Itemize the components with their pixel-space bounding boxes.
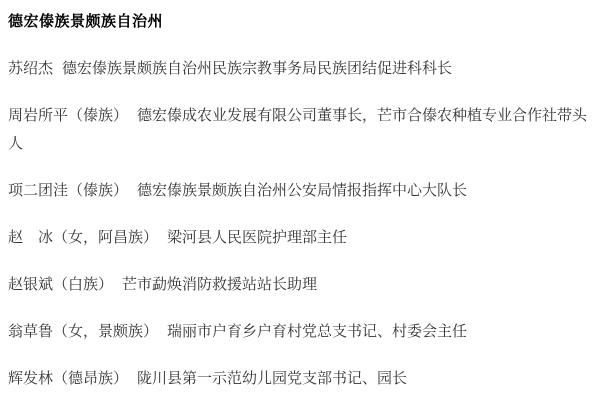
list-item: 翁草鲁（女，景颇族）瑞丽市户育乡户育村党总支书记、村委会主任 <box>8 318 595 346</box>
person-name: 苏绍杰 <box>8 60 53 77</box>
person-name: 赵 冰（女，阿昌族） <box>8 229 158 246</box>
person-position: 陇川县第一示范幼儿园党支部书记、园长 <box>137 370 407 387</box>
section-title: 德宏傣族景颇族自治州 <box>8 8 595 36</box>
person-position: 梁河县人民医院护理部主任 <box>167 229 347 246</box>
person-position: 德宏傣族景颇族自治州公安局情报指挥中心大队长 <box>137 182 467 199</box>
list-item: 赵银斌（白族）芒市勐焕消防救援站站长助理 <box>8 271 595 299</box>
person-name: 辉发林（德昂族） <box>8 370 128 387</box>
person-name: 周岩所平（傣族） <box>8 107 128 124</box>
list-item: 项二团洼（傣族）德宏傣族景颇族自治州公安局情报指挥中心大队长 <box>8 177 595 205</box>
person-position: 芒市勐焕消防救援站站长助理 <box>122 276 317 293</box>
list-item: 苏绍杰德宏傣族景颇族自治州民族宗教事务局民族团结促进科科长 <box>8 55 595 83</box>
person-position: 瑞丽市户育乡户育村党总支书记、村委会主任 <box>167 323 467 340</box>
model-individuals-document: 德宏傣族景颇族自治州 苏绍杰德宏傣族景颇族自治州民族宗教事务局民族团结促进科科长… <box>0 0 603 393</box>
person-name: 翁草鲁（女，景颇族） <box>8 323 158 340</box>
person-name: 赵银斌（白族） <box>8 276 113 293</box>
person-name: 项二团洼（傣族） <box>8 182 128 199</box>
list-item: 赵 冰（女，阿昌族）梁河县人民医院护理部主任 <box>8 224 595 252</box>
list-item: 辉发林（德昂族）陇川县第一示范幼儿园党支部书记、园长 <box>8 365 595 393</box>
list-item: 周岩所平（傣族）德宏傣成农业发展有限公司董事长，芒市合傣农种植专业合作社带头人 <box>8 102 595 158</box>
person-position: 德宏傣族景颇族自治州民族宗教事务局民族团结促进科科长 <box>62 60 452 77</box>
